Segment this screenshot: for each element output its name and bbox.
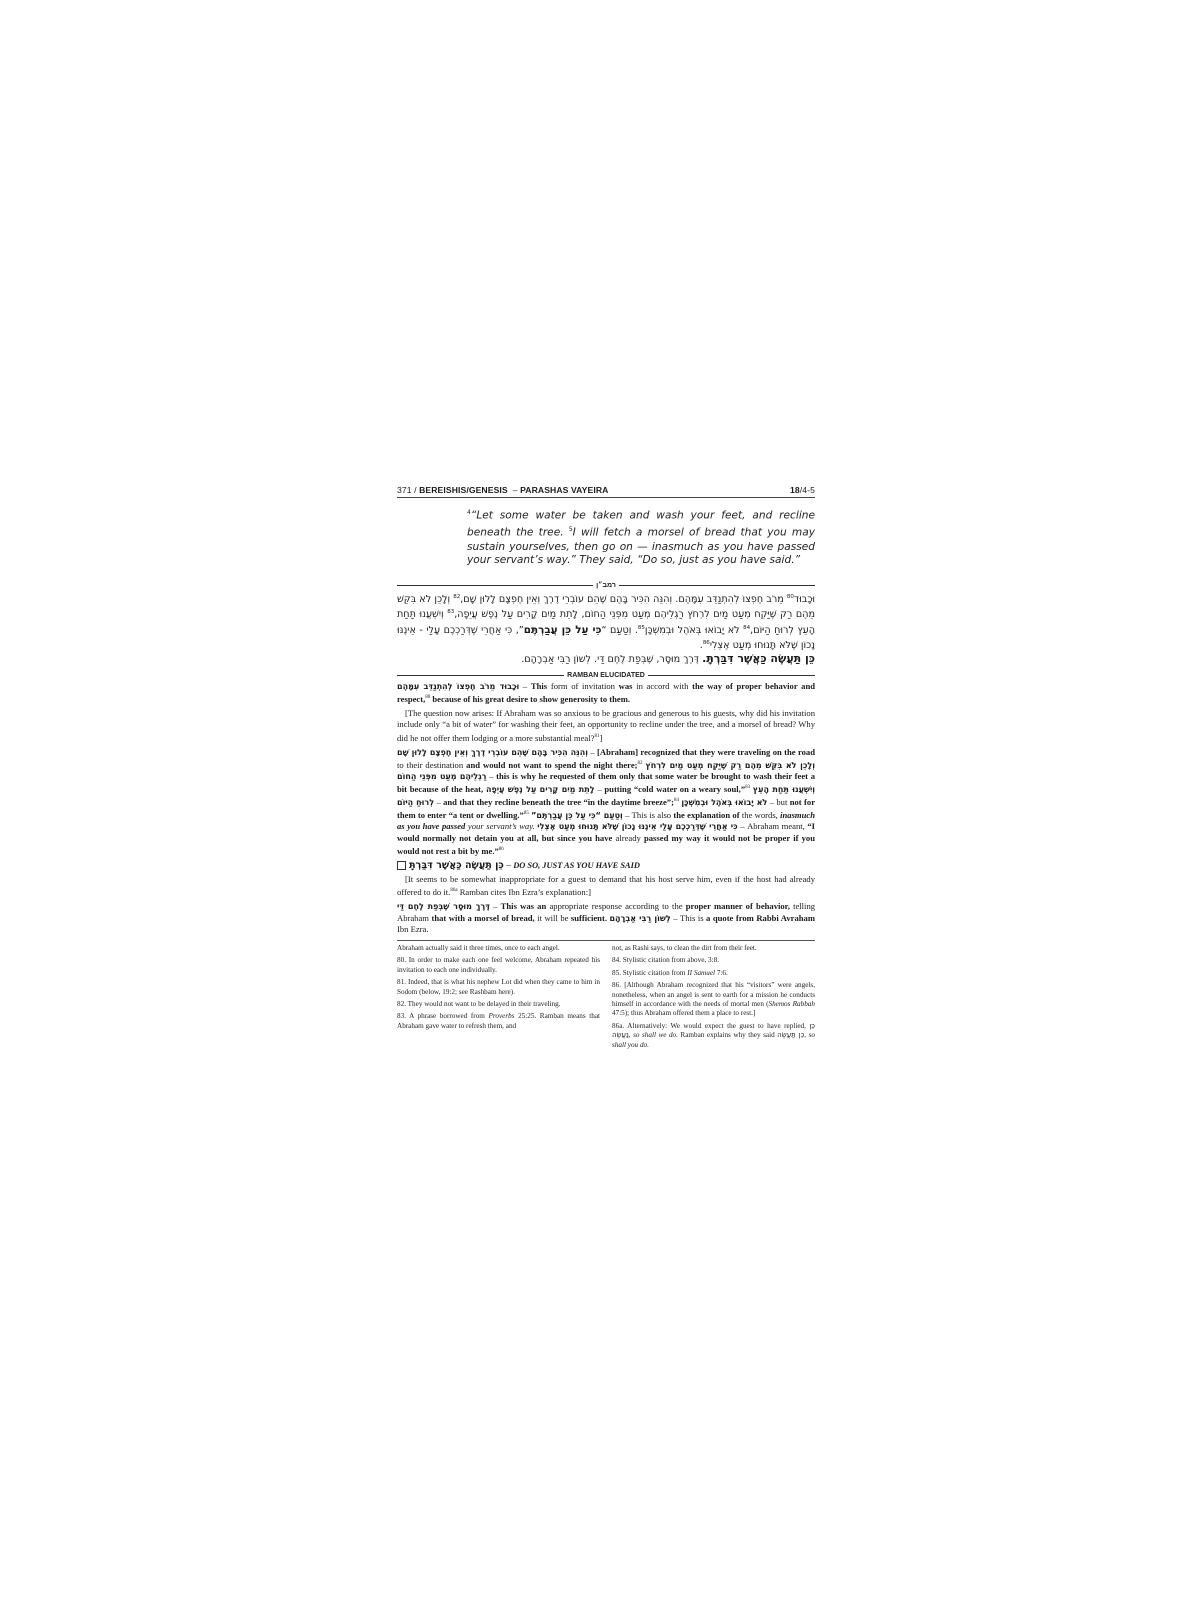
footnote-84: 84. Stylistic citation from above, 3:8. [612,956,815,965]
elucidated-para-3: וְהִנֵּה הִכִּיר בָּהֶם שֶׁהֵם עוֹבְרֵי … [397,747,815,857]
elucidated-para-2: [The question now arises: If Abraham was… [397,708,815,743]
footnote-86a: 86a. Alternatively: We would expect the … [612,1022,815,1050]
ramban-divider: רמב״ן [397,582,815,589]
elucidated-text: וּכָבוּד מֵרֹב חֶפְצוֹ לְהִתְנַדֵּב עִמָ… [397,681,815,935]
footnotes-left-column: Abraham actually said it three times, on… [397,944,600,1053]
elucidated-para-1: וּכָבוּד מֵרֹב חֶפְצוֹ לְהִתְנַדֵּב עִמָ… [397,681,815,705]
square-bullet-icon [397,861,406,870]
ramban-hebrew-text: וּכָבוּד80 מֵרֹב חֶפְצוֹ לְהִתְנַדֵּב עִ… [397,591,815,652]
footnote-80: 80. In order to make each one feel welco… [397,956,600,975]
elucidated-para-4: [It seems to be somewhat inappropriate f… [397,874,815,898]
book-page: 371 / BEREISHIS/GENESIS – PARASHAS VAYEI… [397,485,815,1053]
footnote-82: 82. They would not want to be delayed in… [397,1000,600,1009]
footnote-83: 83. A phrase borrowed from Proverbs 25:2… [397,1012,600,1031]
parasha-name: PARASHAS VAYEIRA [520,485,608,495]
footnote-81: 81. Indeed, that is what his nephew Lot … [397,978,600,997]
page-number: 371 [397,485,412,495]
dibur-hamaschil-heading: כֵּן תַּעֲשֶׂה כַּאֲשֶׁר דִּבַּרְתָּ – D… [397,860,815,872]
footnote-rule [397,940,815,941]
footnote-83-cont: not, as Rashi says, to clean the dirt fr… [612,944,815,953]
verse-translation: 4“Let some water be taken and wash your … [467,506,815,568]
header-left: 371 / BEREISHIS/GENESIS – PARASHAS VAYEI… [397,485,608,495]
elucidated-divider: RAMBAN ELUCIDATED [397,672,815,679]
footnotes-right-column: not, as Rashi says, to clean the dirt fr… [612,944,815,1053]
footnote-86: 86. [Although Abraham recognized that hi… [612,981,815,1019]
elucidated-para-5: דֶּרֶךְ מוּסָר שֶׁבְּפַת לֶחֶם דַּי – Th… [397,901,815,935]
footnote: Abraham actually said it three times, on… [397,944,600,953]
verse-reference: 18/4-5 [790,485,815,495]
ramban-hebrew-dibur: כֵּן תַּעֲשֶׂה כַּאֲשֶׁר דִּבַּרְתָּ. דֶ… [397,652,815,666]
footnote-85: 85. Stylistic citation from II Samuel 7:… [612,969,815,978]
footnotes: Abraham actually said it three times, on… [397,944,815,1053]
book-name: BEREISHIS/GENESIS [419,485,508,495]
running-header: 371 / BEREISHIS/GENESIS – PARASHAS VAYEI… [397,485,815,498]
